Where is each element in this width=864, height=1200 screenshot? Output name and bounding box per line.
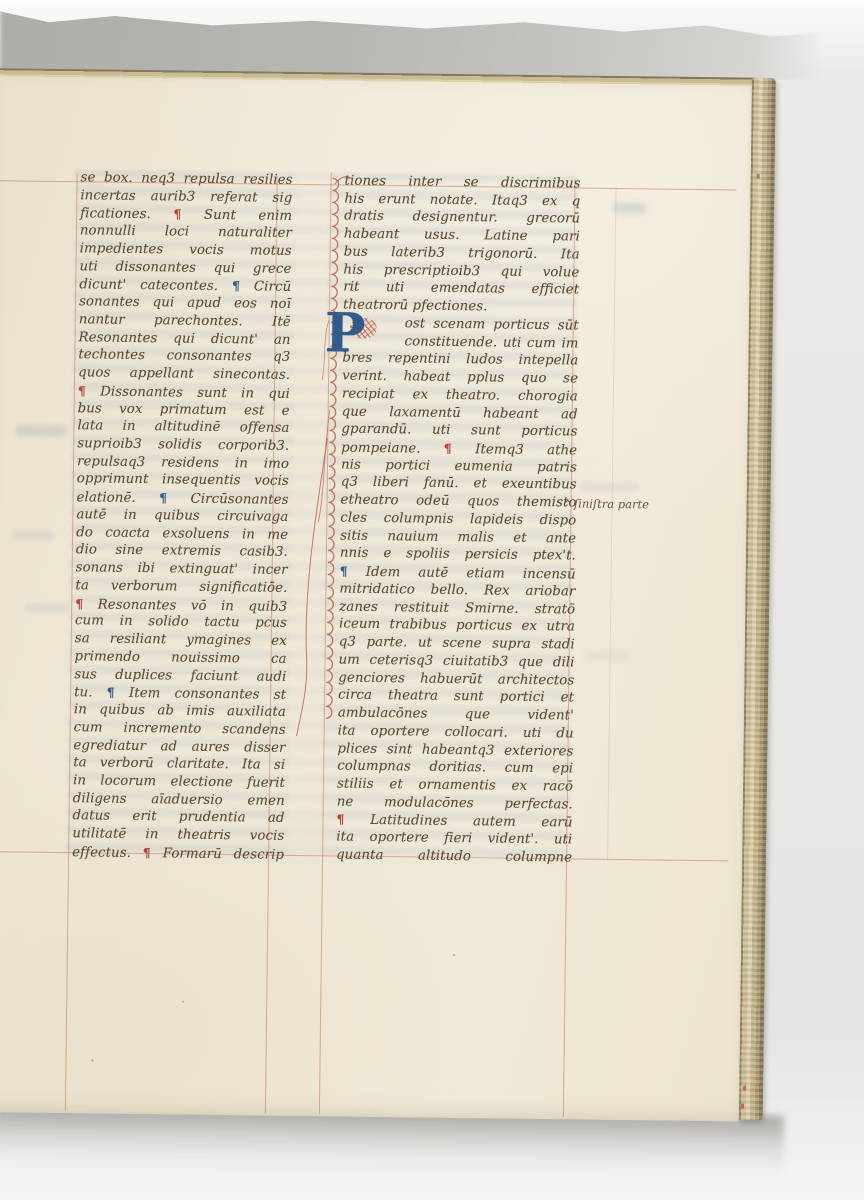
manuscript-text-line: impedientes vocis motus (80, 240, 292, 260)
manuscript-text-line: theatrorū pfectiones. (343, 297, 579, 318)
ruling-line-vertical (607, 188, 616, 860)
manuscript-text-line: um ceterisq3 ciuitatib3 que dili (338, 651, 574, 672)
show-through-smudge (25, 603, 69, 614)
manuscript-photograph: { "photograph": { "colors": { "backdrop_… (0, 0, 864, 1200)
fore-edge-red-speck (743, 1086, 746, 1091)
manuscript-text-line: se box. neq3 repulsa resilies (80, 169, 292, 189)
fore-edge-red-speck (741, 1104, 744, 1109)
paragraph-mark-blue: ¶ (340, 564, 348, 579)
show-through-smudge (12, 530, 54, 541)
manuscript-text-line: quanta altitudo columpne (336, 846, 572, 867)
manuscript-text-line: effectus. ¶ Formarū descrip (72, 843, 284, 863)
manuscript-text-line: in quibus ab imis auxiliata (74, 701, 286, 721)
insertion-caret-mark: ^ (563, 499, 572, 510)
paragraph-mark-blue: ¶ (232, 279, 240, 294)
vellum-fleck (182, 1001, 184, 1003)
paragraph-mark-blue: ¶ (159, 490, 167, 505)
margin-note-text: ſiniſtra parte (574, 496, 649, 511)
paragraph-mark-red: ¶ (78, 383, 86, 398)
manuscript-column-right: tiones inter se discrimibushis erunt not… (336, 173, 581, 868)
paragraph-mark-red: ¶ (143, 845, 151, 860)
paragraph-mark-red: ¶ (336, 812, 344, 827)
show-through-smudge (585, 651, 631, 662)
vellum-fleck (91, 1059, 93, 1061)
paragraph-mark-red: ¶ (173, 207, 181, 222)
manuscript-text-line: primendo nouissimo ca (74, 648, 286, 668)
show-through-smudge (15, 424, 67, 437)
manuscript-text-line: ¶ Dissonantes sunt in qui (78, 382, 290, 402)
manuscript-text-line: recipiat ex theatro. chorogia (342, 385, 578, 406)
manuscript-text-line: ta verborum significatiōe. (75, 577, 287, 597)
manuscript-text-line: suprioib3 solidis corporib3. (77, 435, 289, 455)
margin-note: ^ſiniſtra parte (563, 496, 649, 511)
manuscript-text-line: nantur parechontes. Itē (79, 311, 291, 331)
fore-edge-red-speck (757, 174, 760, 179)
manuscript-text-line: cum incremento scandens (74, 719, 286, 739)
manuscript-column-left: se box. neq3 repulsa resiliesincertas au… (72, 169, 293, 863)
show-through-smudge (612, 202, 646, 214)
show-through-smudge (579, 482, 639, 493)
paragraph-mark-red: ¶ (444, 441, 452, 456)
manuscript-text-line: in locorum electione fuerit (73, 772, 285, 792)
manuscript-page: P se box. neq3 repulsa resiliesincertas … (0, 66, 776, 1122)
paragraph-mark-red: ¶ (75, 596, 83, 611)
vellum-leaf: P se box. neq3 repulsa resiliesincertas … (0, 68, 752, 1122)
manuscript-text-line: ita oportere collocari. uti du (338, 722, 574, 743)
vellum-fleck (453, 954, 455, 956)
manuscript-text-line: autē in quibus circuivaga (76, 506, 288, 526)
paragraph-mark-blue: ¶ (107, 685, 115, 700)
